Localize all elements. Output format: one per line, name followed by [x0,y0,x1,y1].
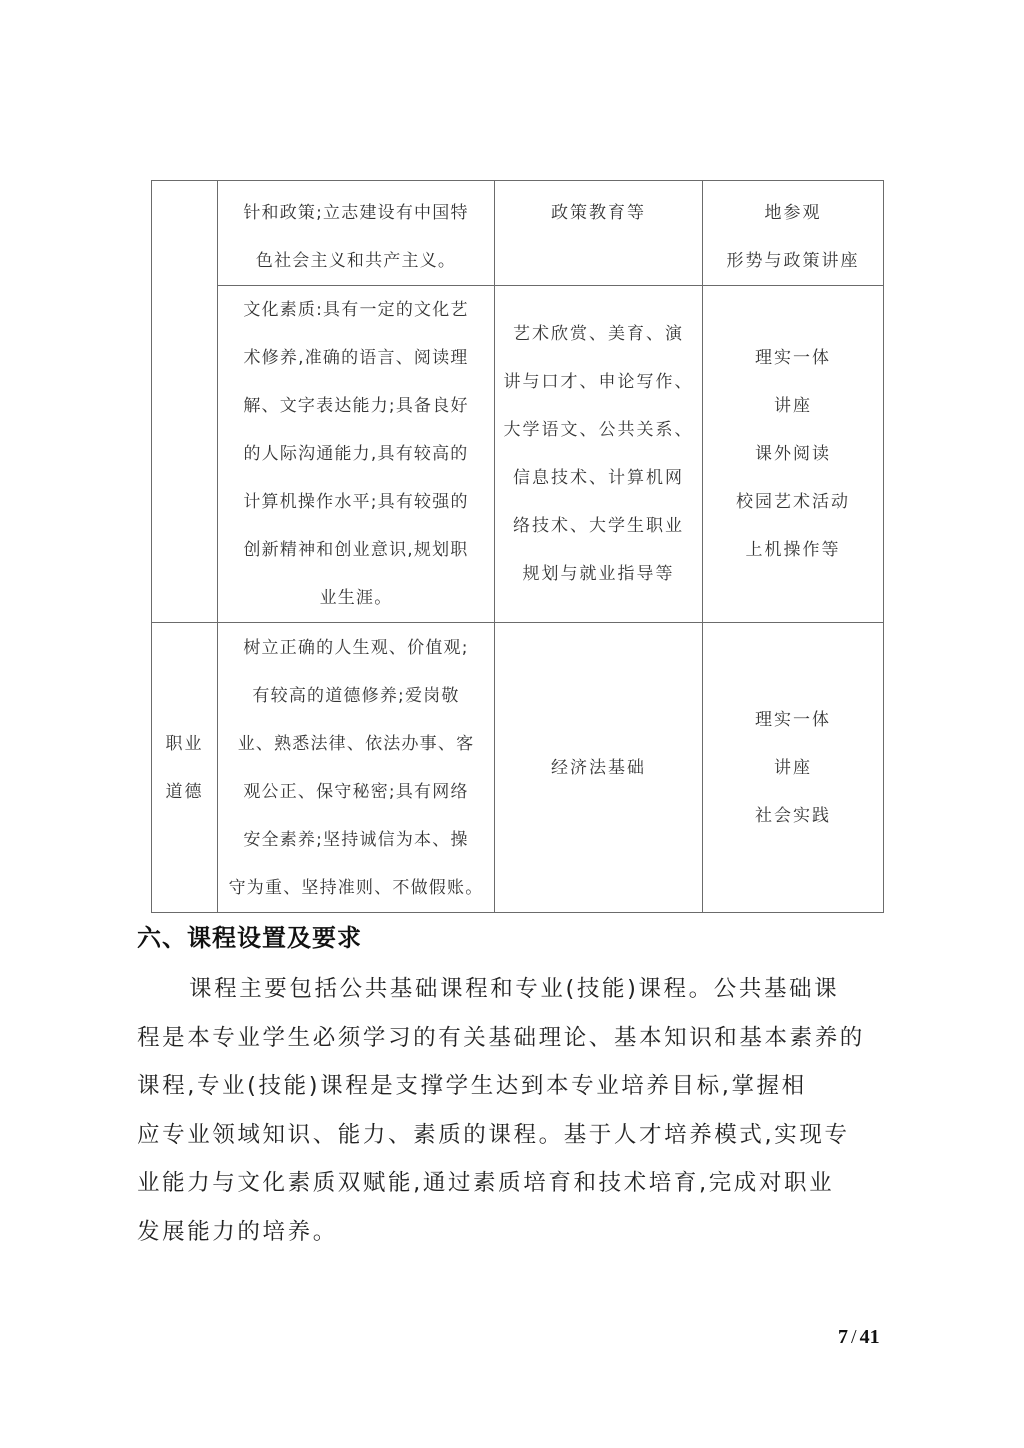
methods-line: 上机操作等 [703,526,883,574]
methods-line: 讲座 [703,382,883,430]
category-line: 道德 [152,768,217,816]
description-line: 色社会主义和共产主义。 [218,237,494,285]
description-line: 树立正确的人生观、价值观; [218,624,494,672]
methods-line: 讲座 [703,744,883,792]
paragraph-line: 发展能力的培养。 [137,1208,889,1257]
page-current: 7 [838,1326,848,1348]
description-line: 有较高的道德修养;爱岗敬 [218,672,494,720]
description-line: 文化素质:具有一定的文化艺 [218,286,494,334]
methods-line: 校园艺术活动 [703,478,883,526]
description-line: 的人际沟通能力,具有较高的 [218,430,494,478]
methods-cell: 地参观 形势与政策讲座 [703,181,884,286]
training-objectives-table: 针和政策;立志建设有中国特 色社会主义和共产主义。 政策教育等 地参观 形势与政… [151,180,884,913]
description-line: 安全素养;坚持诚信为本、操 [218,816,494,864]
courses-line: 艺术欣赏、美育、演 [495,310,702,358]
description-cell: 针和政策;立志建设有中国特 色社会主义和共产主义。 [218,181,495,286]
paragraph-line: 课程主要包括公共基础课程和专业(技能)课程。公共基础课 [137,965,889,1014]
courses-cell: 政策教育等 [495,181,703,286]
description-line: 解、文字表达能力;具备良好 [218,382,494,430]
description-line: 计算机操作水平;具有较强的 [218,478,494,526]
paragraph-line: 程是本专业学生必须学习的有关基础理论、基本知识和基本素养的 [137,1014,889,1063]
courses-line: 信息技术、计算机网 [495,454,702,502]
courses-line: 讲与口才、申论写作、 [495,358,702,406]
paragraph-line: 课程,专业(技能)课程是支撑学生达到本专业培养目标,掌握相 [137,1062,889,1111]
description-line: 业、熟悉法律、依法办事、客 [218,720,494,768]
methods-line: 理实一体 [703,334,883,382]
table-row: 职业 道德 树立正确的人生观、价值观; 有较高的道德修养;爱岗敬 业、熟悉法律、… [152,623,884,913]
description-cell: 文化素质:具有一定的文化艺 术修养,准确的语言、阅读理 解、文字表达能力;具备良… [218,286,495,623]
description-line: 创新精神和创业意识,规划职 [218,526,494,574]
paragraph-line: 应专业领域知识、能力、素质的课程。基于人才培养模式,实现专 [137,1111,889,1160]
description-line: 针和政策;立志建设有中国特 [218,189,494,237]
courses-line: 经济法基础 [495,744,702,792]
page-number: 7/41 [838,1326,880,1349]
methods-line: 课外阅读 [703,430,883,478]
methods-cell: 理实一体 讲座 社会实践 [703,623,884,913]
category-line: 职业 [152,720,217,768]
methods-line: 地参观 [703,189,883,237]
methods-line: 社会实践 [703,792,883,840]
document-page: 针和政策;立志建设有中国特 色社会主义和共产主义。 政策教育等 地参观 形势与政… [0,0,1024,1448]
page-separator: / [851,1326,857,1348]
description-line: 守为重、坚持准则、不做假账。 [218,864,494,912]
description-cell: 树立正确的人生观、价值观; 有较高的道德修养;爱岗敬 业、熟悉法律、依法办事、客… [218,623,495,913]
category-cell [152,181,218,623]
category-cell: 职业 道德 [152,623,218,913]
description-line: 业生涯。 [218,574,494,622]
section-paragraph: 课程主要包括公共基础课程和专业(技能)课程。公共基础课 程是本专业学生必须学习的… [137,965,889,1257]
methods-line: 形势与政策讲座 [703,237,883,285]
section-heading: 六、课程设置及要求 [137,918,362,953]
courses-line: 规划与就业指导等 [495,550,702,598]
page-total: 41 [860,1326,880,1348]
courses-cell: 经济法基础 [495,623,703,913]
table-row: 文化素质:具有一定的文化艺 术修养,准确的语言、阅读理 解、文字表达能力;具备良… [152,286,884,623]
courses-cell: 艺术欣赏、美育、演 讲与口才、申论写作、 大学语文、公共关系、 信息技术、计算机… [495,286,703,623]
paragraph-line: 业能力与文化素质双赋能,通过素质培育和技术培育,完成对职业 [137,1159,889,1208]
courses-line: 络技术、大学生职业 [495,502,702,550]
courses-line: 政策教育等 [495,189,702,237]
courses-line: 大学语文、公共关系、 [495,406,702,454]
description-line: 术修养,准确的语言、阅读理 [218,334,494,382]
table-row: 针和政策;立志建设有中国特 色社会主义和共产主义。 政策教育等 地参观 形势与政… [152,181,884,286]
description-line: 观公正、保守秘密;具有网络 [218,768,494,816]
methods-line: 理实一体 [703,696,883,744]
methods-cell: 理实一体 讲座 课外阅读 校园艺术活动 上机操作等 [703,286,884,623]
